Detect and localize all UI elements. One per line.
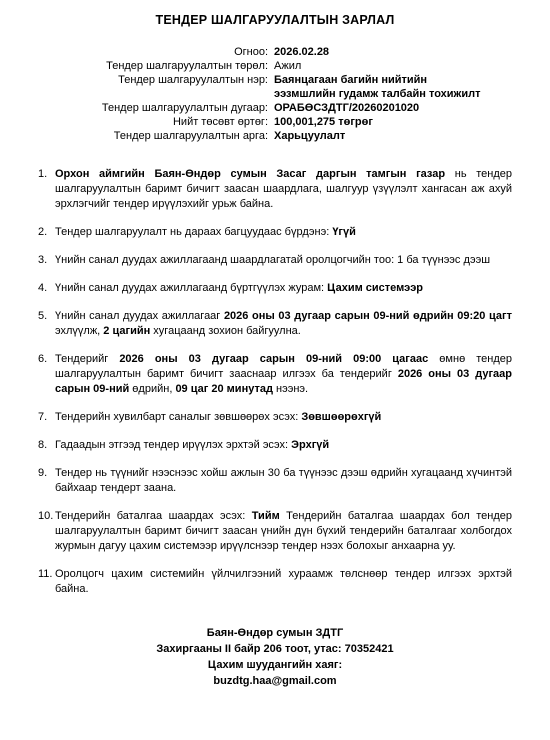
- list-item-text: Орхон аймгийн Баян-Өндөр сумын Засаг дар…: [55, 168, 512, 210]
- list-item-segment: Тендерийг: [55, 353, 119, 365]
- footer-email: buzdtg.haa@gmail.com: [0, 673, 550, 689]
- header-row: Тендер шалгаруулалтын төрөл:Ажил: [0, 59, 550, 73]
- list-item-segment: 2026 оны 03 дугаар сарын 09-ний 09:00 ца…: [119, 353, 428, 365]
- list-item-number: 4.: [38, 281, 47, 296]
- list-item-number: 7.: [38, 410, 47, 425]
- footer-line: Цахим шуудангийн хаяг:: [0, 657, 550, 673]
- header-fields: Огноо:2026.02.28Тендер шалгаруулалтын тө…: [0, 45, 550, 143]
- list-item-segment: Үгүй: [332, 226, 356, 238]
- tender-announcement-page: ТЕНДЕР ШАЛГАРУУЛАЛТЫН ЗАРЛАЛ Огноо:2026.…: [0, 0, 550, 740]
- list-item-text: Тендерийг 2026 оны 03 дугаар сарын 09-ни…: [55, 353, 512, 395]
- header-value: Баянцагаан багийн нийтийн ээзмшлийн гуда…: [274, 73, 480, 101]
- header-label: Огноо:: [0, 45, 268, 59]
- page-title: ТЕНДЕР ШАЛГАРУУЛАЛТЫН ЗАРЛАЛ: [0, 13, 550, 27]
- list-item-segment: Тийм: [252, 510, 280, 522]
- list-item-number: 11.: [38, 567, 52, 582]
- header-row: Тендер шалгаруулалтын арга:Харьцуулалт: [0, 129, 550, 143]
- list-item-number: 9.: [38, 466, 47, 481]
- header-value: ОРАБӨСЗДТГ/20260201020: [274, 101, 419, 115]
- list-item-segment: Үнийн санал дуудах ажиллагаанд шаардлага…: [55, 254, 490, 266]
- footer-line: Захиргааны II байр 206 тоот, утас: 70352…: [0, 641, 550, 657]
- header-label: Тендер шалгаруулалтын арга:: [0, 129, 268, 143]
- list-item-segment: Тендерийн хувилбарт саналыг зөвшөөрөх эс…: [55, 411, 301, 423]
- list-item-segment: Эрхгүй: [291, 439, 329, 451]
- list-item-segment: Үнийн санал дуудах ажиллагаанд бүртгүүлэ…: [55, 282, 327, 294]
- list-item-segment: Зөвшөөрөхгүй: [301, 411, 381, 423]
- header-value: Ажил: [274, 59, 301, 73]
- list-item-segment: Орхон аймгийн Баян-Өндөр сумын Засаг дар…: [55, 168, 445, 180]
- list-item: 11.Оролцогч цахим системийн үйлчилгээний…: [38, 567, 512, 597]
- list-item-segment: Тендер нь түүнийг нээснээс хойш ажлын 30…: [55, 467, 512, 494]
- list-item-text: Тендерийн баталгаа шаардах эсэх: Тийм Те…: [55, 510, 512, 552]
- list-item-segment: эхлүүлж,: [55, 325, 103, 337]
- header-row: Нийт төсөвт өртөг:100,001,275 төгрөг: [0, 115, 550, 129]
- list-item: 4.Үнийн санал дуудах ажиллагаанд бүртгүү…: [38, 281, 512, 296]
- list-item: 9.Тендер нь түүнийг нээснээс хойш ажлын …: [38, 466, 512, 496]
- list-item-text: Тендер шалгаруулалт нь дараах багцуудаас…: [55, 226, 356, 238]
- list-item-segment: Тендер шалгаруулалт нь дараах багцуудаас…: [55, 226, 332, 238]
- list-item-segment: Цахим системээр: [327, 282, 423, 294]
- list-item-text: Үнийн санал дуудах ажиллагаанд бүртгүүлэ…: [55, 282, 423, 294]
- list-item-segment: Үнийн санал дуудах ажиллагааг: [55, 310, 224, 322]
- list-item-text: Үнийн санал дуудах ажиллагаанд шаардлага…: [55, 254, 490, 266]
- list-item-number: 1.: [38, 167, 47, 182]
- list-item: 7.Тендерийн хувилбарт саналыг зөвшөөрөх …: [38, 410, 512, 425]
- list-item: 2.Тендер шалгаруулалт нь дараах багцууда…: [38, 225, 512, 240]
- list-item-segment: нээнэ.: [273, 383, 308, 395]
- header-row: Тендер шалгаруулалтын дугаар:ОРАБӨСЗДТГ/…: [0, 101, 550, 115]
- list-item-segment: Гадаадын этгээд тендер ирүүлэх эрхтэй эс…: [55, 439, 291, 451]
- list-item-number: 2.: [38, 225, 47, 240]
- header-value: 100,001,275 төгрөг: [274, 115, 373, 129]
- list-item: 5.Үнийн санал дуудах ажиллагааг 2026 оны…: [38, 309, 512, 339]
- list-item-segment: Тендерийн баталгаа шаардах эсэх:: [55, 510, 252, 522]
- list-item: 8.Гадаадын этгээд тендер ирүүлэх эрхтэй …: [38, 438, 512, 453]
- header-label: Нийт төсөвт өртөг:: [0, 115, 268, 129]
- list-item-number: 10.: [38, 509, 53, 524]
- announcement-list: 1.Орхон аймгийн Баян-Өндөр сумын Засаг д…: [0, 167, 550, 597]
- footer: Баян-Өндөр сумын ЗДТГЗахиргааны II байр …: [0, 625, 550, 689]
- list-item-number: 8.: [38, 438, 47, 453]
- header-row: Тендер шалгаруулалтын нэр:Баянцагаан баг…: [0, 73, 550, 101]
- footer-line: Баян-Өндөр сумын ЗДТГ: [0, 625, 550, 641]
- list-item-segment: хугацаанд зохион байгуулна.: [150, 325, 301, 337]
- list-item-text: Оролцогч цахим системийн үйлчилгээний ху…: [55, 568, 512, 595]
- list-item-segment: өдрийн,: [129, 383, 175, 395]
- list-item-text: Тендер нь түүнийг нээснээс хойш ажлын 30…: [55, 467, 512, 494]
- list-item: 1.Орхон аймгийн Баян-Өндөр сумын Засаг д…: [38, 167, 512, 212]
- list-item-number: 3.: [38, 253, 47, 268]
- list-item-segment: Оролцогч цахим системийн үйлчилгээний ху…: [55, 568, 512, 595]
- list-item-segment: 2026 оны 03 дугаар сарын 09-ний өдрийн 0…: [224, 310, 512, 322]
- header-row: Огноо:2026.02.28: [0, 45, 550, 59]
- header-label: Тендер шалгаруулалтын дугаар:: [0, 101, 268, 115]
- list-item-number: 5.: [38, 309, 47, 324]
- header-label: Тендер шалгаруулалтын нэр:: [0, 73, 268, 101]
- list-item-segment: 09 цаг 20 минутад: [175, 383, 273, 395]
- list-item: 3.Үнийн санал дуудах ажиллагаанд шаардла…: [38, 253, 512, 268]
- header-value: 2026.02.28: [274, 45, 329, 59]
- list-item-text: Тендерийн хувилбарт саналыг зөвшөөрөх эс…: [55, 411, 381, 423]
- list-item-number: 6.: [38, 352, 47, 367]
- list-item-segment: 2 цагийн: [103, 325, 150, 337]
- list-item: 10.Тендерийн баталгаа шаардах эсэх: Тийм…: [38, 509, 512, 554]
- header-value: Харьцуулалт: [274, 129, 345, 143]
- header-label: Тендер шалгаруулалтын төрөл:: [0, 59, 268, 73]
- list-item-text: Үнийн санал дуудах ажиллагааг 2026 оны 0…: [55, 310, 512, 337]
- list-item: 6.Тендерийг 2026 оны 03 дугаар сарын 09-…: [38, 352, 512, 397]
- list-item-text: Гадаадын этгээд тендер ирүүлэх эрхтэй эс…: [55, 439, 329, 451]
